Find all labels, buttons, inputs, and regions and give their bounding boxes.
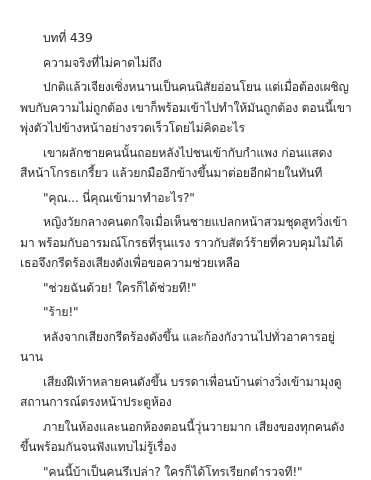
- dialogue: "ช่วยฉันด้วย! ใครก็ได้ช่วยที!": [20, 278, 354, 299]
- dialogue: "ร้าย!": [20, 302, 354, 323]
- paragraph: หลังจากเสียงกรีดร้องดังขึ้น และก้องกังวา…: [20, 327, 354, 368]
- dialogue: "คุณ... นี่คุณเข้ามาทำอะไร?": [20, 188, 354, 209]
- dialogue: "คนนี้บ้าเป็นคนรึเปล่า? ใครก็ได้โทรเรียก…: [20, 462, 354, 480]
- chapter-title: ความจริงที่ไม่คาดไม่ถึง: [20, 53, 354, 74]
- chapter-number: บทที่ 439: [20, 28, 354, 49]
- paragraph: หญิงวัยกลางคนตกใจเมื่อเห็นชายแปลกหน้าสวม…: [20, 212, 354, 274]
- chapter-reader: บทที่ 439 ความจริงที่ไม่คาดไม่ถึง ปกติแล…: [20, 28, 354, 480]
- paragraph: เสียงฝีเท้าหลายคนดังขึ้น บรรดาเพื่อนบ้าน…: [20, 372, 354, 413]
- paragraph: เขาผลักชายคนนั้นถอยหลังไปชนเข้ากับกำแพง …: [20, 143, 354, 184]
- paragraph: ภายในห้องและนอกห้องตอนนี้วุ่นวายมาก เสีย…: [20, 417, 354, 458]
- paragraph: ปกติแล้วเจียงเซิ่งหนานเป็นคนนิสัยอ่อนโยน…: [20, 77, 354, 139]
